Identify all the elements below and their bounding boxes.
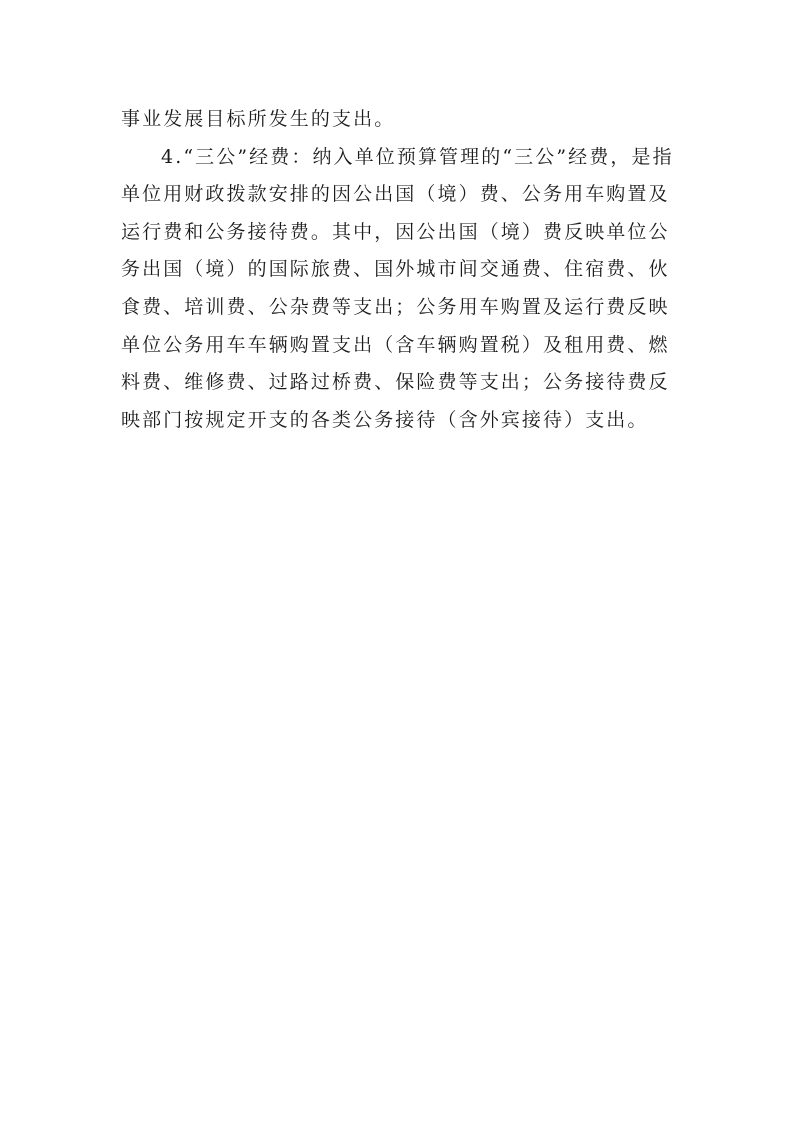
paragraph-line: 务出国（境）的国际旅费、国外城市间交通费、住宿费、伙 bbox=[121, 251, 677, 289]
document-body: 事业发展目标所发生的支出。 4.“三公”经费：纳入单位预算管理的“三公”经费，是… bbox=[121, 101, 677, 439]
paragraph-line: 运行费和公务接待费。其中，因公出国（境）费反映单位公 bbox=[121, 214, 677, 252]
paragraph-continuation-line: 事业发展目标所发生的支出。 bbox=[121, 101, 677, 139]
paragraph-line: 单位公务用车车辆购置支出（含车辆购置税）及租用费、燃 bbox=[121, 327, 677, 365]
paragraph-line: 料费、维修费、过路过桥费、保险费等支出；公务接待费反 bbox=[121, 364, 677, 402]
paragraph-line: 单位用财政拨款安排的因公出国（境）费、公务用车购置及 bbox=[121, 176, 677, 214]
paragraph-san-gong-definition-line: 4.“三公”经费：纳入单位预算管理的“三公”经费，是指 bbox=[121, 139, 677, 177]
paragraph-line: 映部门按规定开支的各类公务接待（含外宾接待）支出。 bbox=[121, 402, 677, 440]
paragraph-line: 食费、培训费、公杂费等支出；公务用车购置及运行费反映 bbox=[121, 289, 677, 327]
